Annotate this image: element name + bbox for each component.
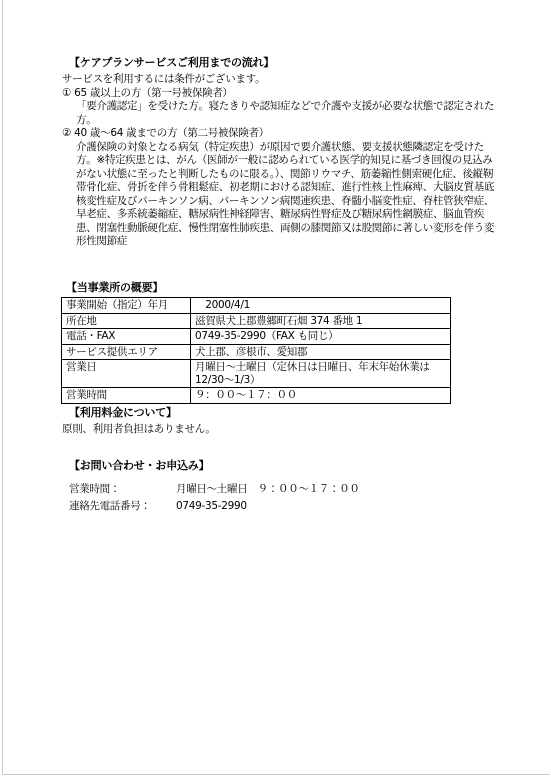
usage-fee-text: 原則、利用者負担はありません。: [62, 423, 495, 437]
flow-item1-body: 「要介護認定」を受けた方。寝たきりや認知症などで介護や支援が必要な状態で認定され…: [76, 100, 495, 127]
office-overview-row-label: 営業日: [62, 360, 191, 388]
contact-hours-row: 営業時間：月曜日～土曜日 ９：００～１７：００: [69, 481, 495, 498]
document-page: 【ケアプランサービスご利用までの流れ】 サービスを利用するには条件がございます。…: [2, 0, 550, 775]
office-overview-table-row: 営業日月曜日～土曜日（定休日は日曜日、年末年始休業は 12/30～1/3）: [62, 360, 451, 388]
office-overview-row-label: 事業開始（指定）年月: [62, 298, 191, 314]
office-overview-row-label: 営業時間: [62, 388, 191, 404]
section-service-flow: 【ケアプランサービスご利用までの流れ】 サービスを利用するには条件がございます。…: [62, 56, 495, 249]
flow-item2-body: 介護保険の対象となる病気（特定疾患）が原因で要介護状態、要支援状態隣認定を受けた…: [76, 141, 495, 249]
section-office-overview: 【当事業所の概要】 事業開始（指定）年月 2000/4/1所在地滋賀県犬上郡豊郷…: [61, 281, 453, 404]
section-title-service-flow: 【ケアプランサービスご利用までの流れ】: [69, 56, 495, 70]
section-usage-fee: 【利用料金について】 原則、利用者負担はありません。: [62, 406, 495, 437]
flow-item1-heading: ① 65 歳以上の方（第一号被保険者）: [62, 87, 495, 101]
office-overview-row-value: ９：００～１７：００: [191, 388, 451, 404]
office-overview-row-value: 2000/4/1: [191, 298, 451, 314]
office-overview-row-value: 月曜日～土曜日（定休日は日曜日、年末年始休業は 12/30～1/3）: [191, 360, 451, 388]
flow-item2-heading: ② 40 歳～64 歳までの方（第二号被保険者）: [62, 127, 495, 141]
office-overview-table-row: 電話・FAX0749-35-2990（FAX も同じ）: [62, 329, 451, 345]
contact-hours-value: 月曜日～土曜日 ９：００～１７：００: [176, 483, 360, 495]
contact-phone-label: 連絡先電話番号：: [69, 498, 176, 515]
office-overview-table: 事業開始（指定）年月 2000/4/1所在地滋賀県犬上郡豊郷町石畑 374 番地…: [61, 297, 451, 404]
office-overview-table-row: 事業開始（指定）年月 2000/4/1: [62, 298, 451, 314]
contact-phone-row: 連絡先電話番号：0749-35-2990: [69, 498, 495, 515]
section-contact: 【お問い合わせ・お申込み】 営業時間：月曜日～土曜日 ９：００～１７：００ 連絡…: [62, 459, 495, 515]
office-overview-row-label: サービス提供エリア: [62, 344, 191, 360]
flow-intro-text: サービスを利用するには条件がございます。: [62, 73, 495, 87]
office-overview-row-value: 犬上郡、彦根市、愛知郡: [191, 344, 451, 360]
office-overview-table-row: 所在地滋賀県犬上郡豊郷町石畑 374 番地 1: [62, 313, 451, 329]
contact-phone-value: 0749-35-2990: [176, 500, 247, 512]
section-title-contact: 【お問い合わせ・お申込み】: [69, 459, 495, 473]
office-overview-row-value: 滋賀県犬上郡豊郷町石畑 374 番地 1: [191, 313, 451, 329]
contact-hours-label: 営業時間：: [69, 481, 176, 498]
office-overview-table-row: サービス提供エリア犬上郡、彦根市、愛知郡: [62, 344, 451, 360]
office-overview-row-label: 所在地: [62, 313, 191, 329]
office-overview-row-label: 電話・FAX: [62, 329, 191, 345]
section-title-usage-fee: 【利用料金について】: [69, 406, 495, 420]
section-title-office-overview: 【当事業所の概要】: [66, 281, 453, 295]
office-overview-row-value: 0749-35-2990（FAX も同じ）: [191, 329, 451, 345]
office-overview-table-row: 営業時間９：００～１７：００: [62, 388, 451, 404]
